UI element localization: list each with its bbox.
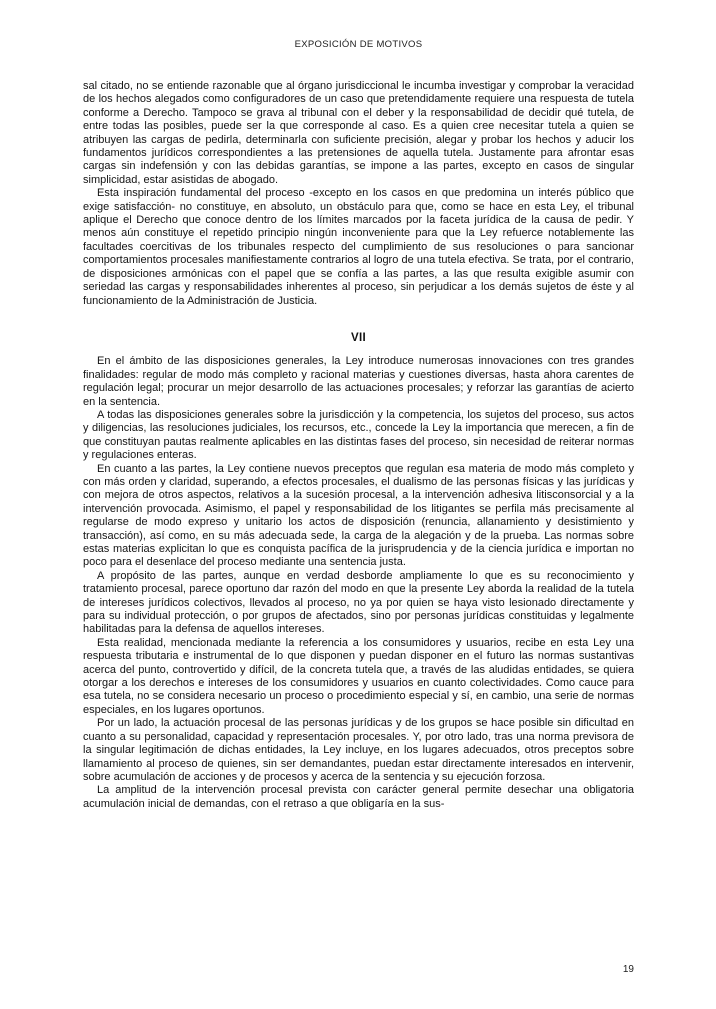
- document-page: EXPOSICIÓN DE MOTIVOS sal citado, no se …: [0, 0, 716, 1009]
- paragraph: A propósito de las partes, aunque en ver…: [83, 570, 634, 637]
- running-header: EXPOSICIÓN DE MOTIVOS: [83, 39, 634, 50]
- document-body: sal citado, no se entiende razonable que…: [83, 80, 634, 811]
- section-heading: VII: [83, 332, 634, 345]
- paragraph: A todas las disposiciones generales sobr…: [83, 409, 634, 463]
- page-number: 19: [83, 964, 634, 975]
- paragraph: Esta inspiración fundamental del proceso…: [83, 187, 634, 308]
- paragraph: La amplitud de la intervención procesal …: [83, 784, 634, 811]
- paragraph: En el ámbito de las disposiciones genera…: [83, 355, 634, 409]
- paragraph: Esta realidad, mencionada mediante la re…: [83, 637, 634, 717]
- paragraph: Por un lado, la actuación procesal de la…: [83, 717, 634, 784]
- paragraph: sal citado, no se entiende razonable que…: [83, 80, 634, 187]
- paragraph: En cuanto a las partes, la Ley contiene …: [83, 463, 634, 570]
